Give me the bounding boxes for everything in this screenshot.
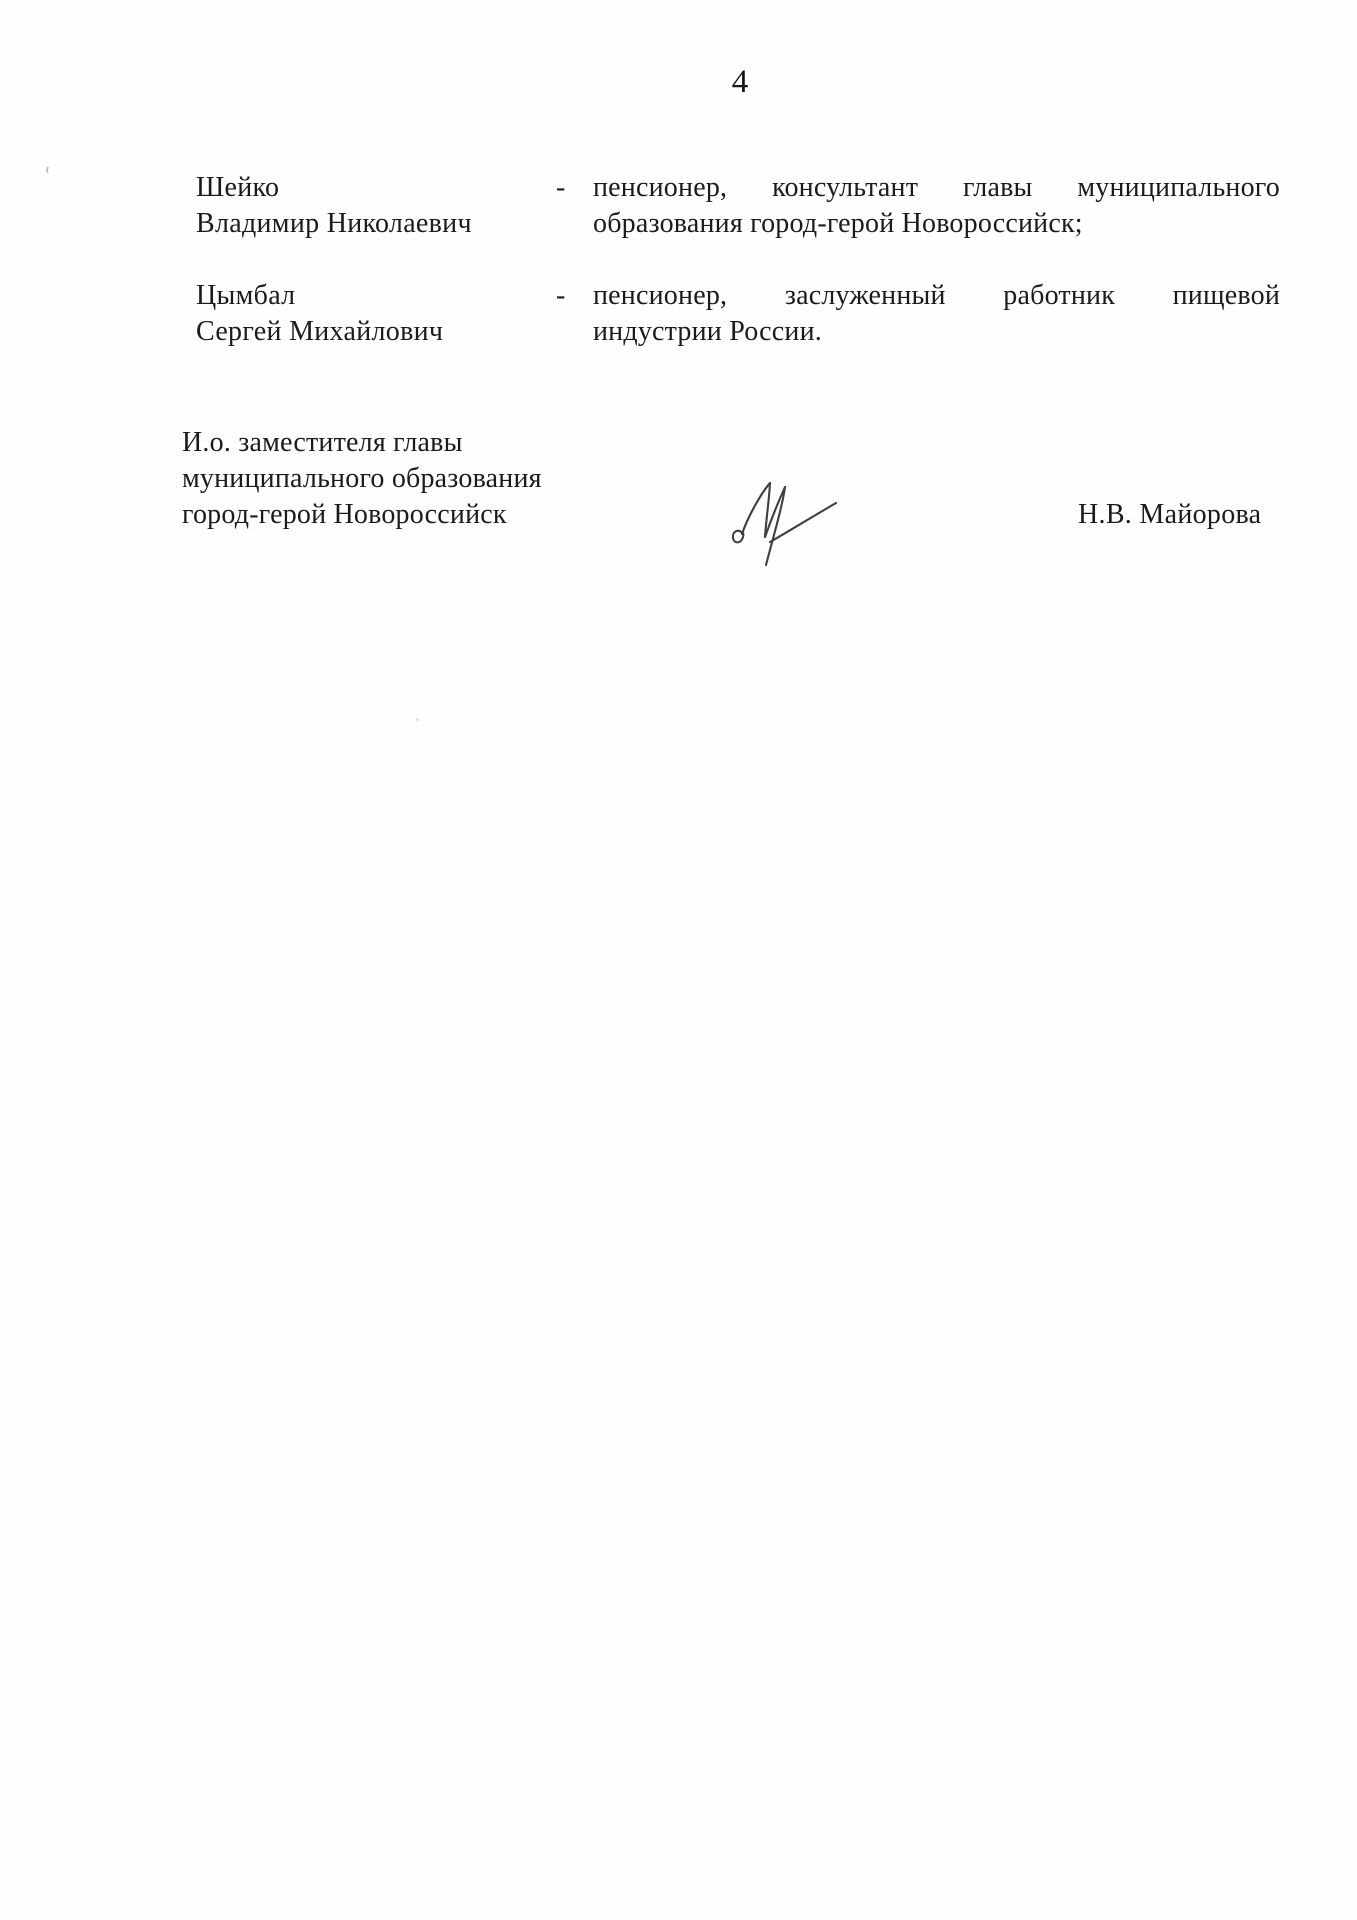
signer-name: Н.В. Майорова (1078, 497, 1318, 533)
document-page: 4 Шейко Владимир Николаевич - пенсионер,… (0, 0, 1357, 1920)
person-surname: Шейко (196, 170, 556, 206)
page-number: 4 (700, 62, 780, 102)
scan-speck (45, 166, 52, 174)
person-description-line: пенсионер, заслуженный работник пищевой (593, 278, 1280, 314)
person-surname: Цымбал (196, 278, 556, 314)
person-name-column: Цымбал Сергей Михайлович (196, 278, 556, 350)
person-given-names: Сергей Михайлович (196, 314, 556, 350)
handwritten-signature-icon (730, 476, 840, 570)
person-description-line: пенсионер, консультант главы муниципальн… (593, 170, 1280, 206)
person-name-column: Шейко Владимир Николаевич (196, 170, 556, 242)
scan-speck (416, 718, 419, 721)
person-given-names: Владимир Николаевич (196, 206, 556, 242)
person-description-column: пенсионер, заслуженный работник пищевой … (593, 278, 1280, 350)
person-description-column: пенсионер, консультант главы муниципальн… (593, 170, 1280, 242)
signatory-title-line: муниципального образования (182, 461, 702, 497)
signatory-title-line: город-герой Новороссийск (182, 497, 702, 533)
signatory-title-line: И.о. заместителя главы (182, 425, 702, 461)
person-description-line: индустрии России. (593, 314, 1280, 350)
person-description-line: образования город-герой Новороссийск; (593, 206, 1280, 242)
signatory-title: И.о. заместителя главы муниципального об… (182, 425, 702, 533)
separator-dash: - (556, 170, 580, 206)
separator-dash: - (556, 278, 580, 314)
